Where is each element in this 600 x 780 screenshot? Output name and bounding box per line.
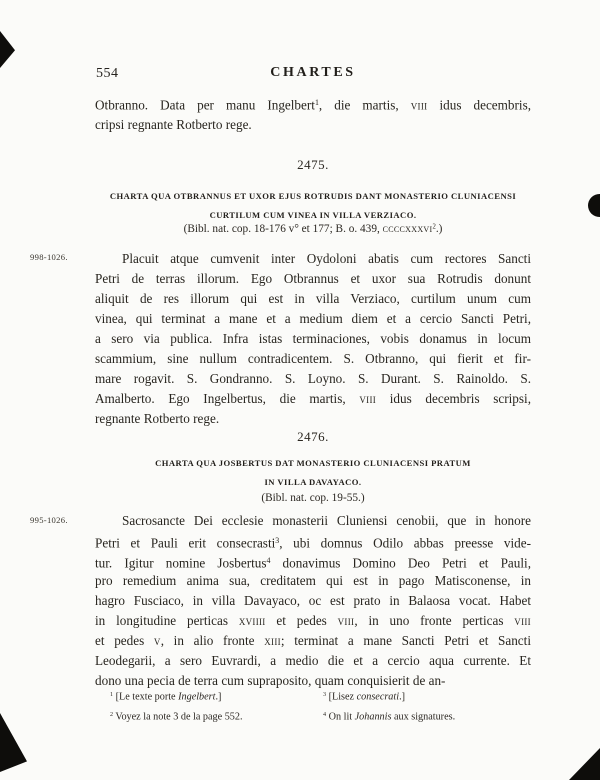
charter-title-line: IN VILLA DAVAYACO. [95, 473, 531, 492]
text-line: tur. Igitur nomine Josbertus4 donavimus … [95, 551, 531, 571]
charter-source-2475: (Bibl. nat. cop. 18-176 v° et 177; B. o.… [95, 223, 531, 235]
text-line: mare rogavit. S. Gondranno. S. Loyno. S.… [95, 369, 531, 389]
charter-number-2475: 2475. [95, 157, 531, 173]
text-line: cripsi regnante Rotberto rege. [95, 114, 531, 136]
margin-date-note: 998-1026. [30, 252, 90, 262]
text-line: Amalberto. Ego Ingelbertus, die martis, … [95, 389, 531, 409]
scan-artifact-bottom-right [569, 748, 600, 780]
text-line: aliquit de res illorum qui est in villa … [95, 289, 531, 309]
text-line: Otbranno. Data per manu Ingelbert1, die … [95, 92, 531, 114]
scan-artifact-top-left [0, 31, 15, 68]
charter-title-line: CHARTA QUA JOSBERTUS DAT MONASTERIO CLUN… [95, 454, 531, 473]
text-line: hagro Fusciaco, in villa Davayaco, oc es… [95, 591, 531, 611]
text-line: scammium, sine nullum contradicentem. S.… [95, 349, 531, 369]
footnote: 2 Voyez la note 3 de la page 552. [110, 707, 323, 725]
text-line: Petri et Pauli erit consecrasti3, ubi do… [95, 531, 531, 551]
text-line: Leodegarii, a sero Euvrardi, a medio die… [95, 651, 531, 671]
footnote: 3 [Lisez consecrati.] [323, 687, 532, 705]
footnote: 4 On lit Johannis aux signatures. [323, 707, 532, 725]
charter-title-line: CHARTA QUA OTBRANNUS ET UXOR EJUS ROTRUD… [95, 187, 531, 206]
charter-title-2476: CHARTA QUA JOSBERTUS DAT MONASTERIO CLUN… [95, 454, 531, 492]
text-line: Sacrosancte Dei ecclesie monasterii Clun… [95, 511, 531, 531]
scanned-book-page: 554 CHARTES Otbranno. Data per manu Inge… [0, 0, 600, 780]
scan-artifact-bottom-left [0, 713, 27, 772]
charter-number-2476: 2476. [95, 429, 531, 445]
charter-body-2475: Placuit atque cumvenit inter Oydoloni ab… [95, 249, 531, 429]
text-line: a sero via publica. Infra istas terminac… [95, 329, 531, 349]
running-header-title: CHARTES [95, 65, 531, 81]
footnotes: 1 [Le texte porte Ingelbert.] 3 [Lisez c… [110, 687, 532, 726]
charter-source-2476: (Bibl. nat. cop. 19-55.) [95, 492, 531, 504]
footnote: 1 [Le texte porte Ingelbert.] [110, 687, 323, 705]
text-line: pro remedium anima sua, creditatem qui e… [95, 571, 531, 591]
charter-title-2475: CHARTA QUA OTBRANNUS ET UXOR EJUS ROTRUD… [95, 187, 531, 225]
text-line: in longitudine perticas xviiii et pedes … [95, 611, 531, 631]
intro-paragraph: Otbranno. Data per manu Ingelbert1, die … [95, 92, 531, 136]
text-line: vinea, qui terminat a mane et a medium d… [95, 309, 531, 329]
text-line: regnante Rotberto rege. [95, 409, 531, 429]
text-line: Placuit atque cumvenit inter Oydoloni ab… [95, 249, 531, 269]
scan-artifact-right-edge [588, 194, 600, 217]
charter-body-2476: Sacrosancte Dei ecclesie monasterii Clun… [95, 511, 531, 691]
margin-date-note: 995-1026. [30, 515, 90, 525]
text-line: et pedes v, in alio fronte xiii; termina… [95, 631, 531, 651]
text-line: Petri de terras illorum. Ego Otbrannus e… [95, 269, 531, 289]
